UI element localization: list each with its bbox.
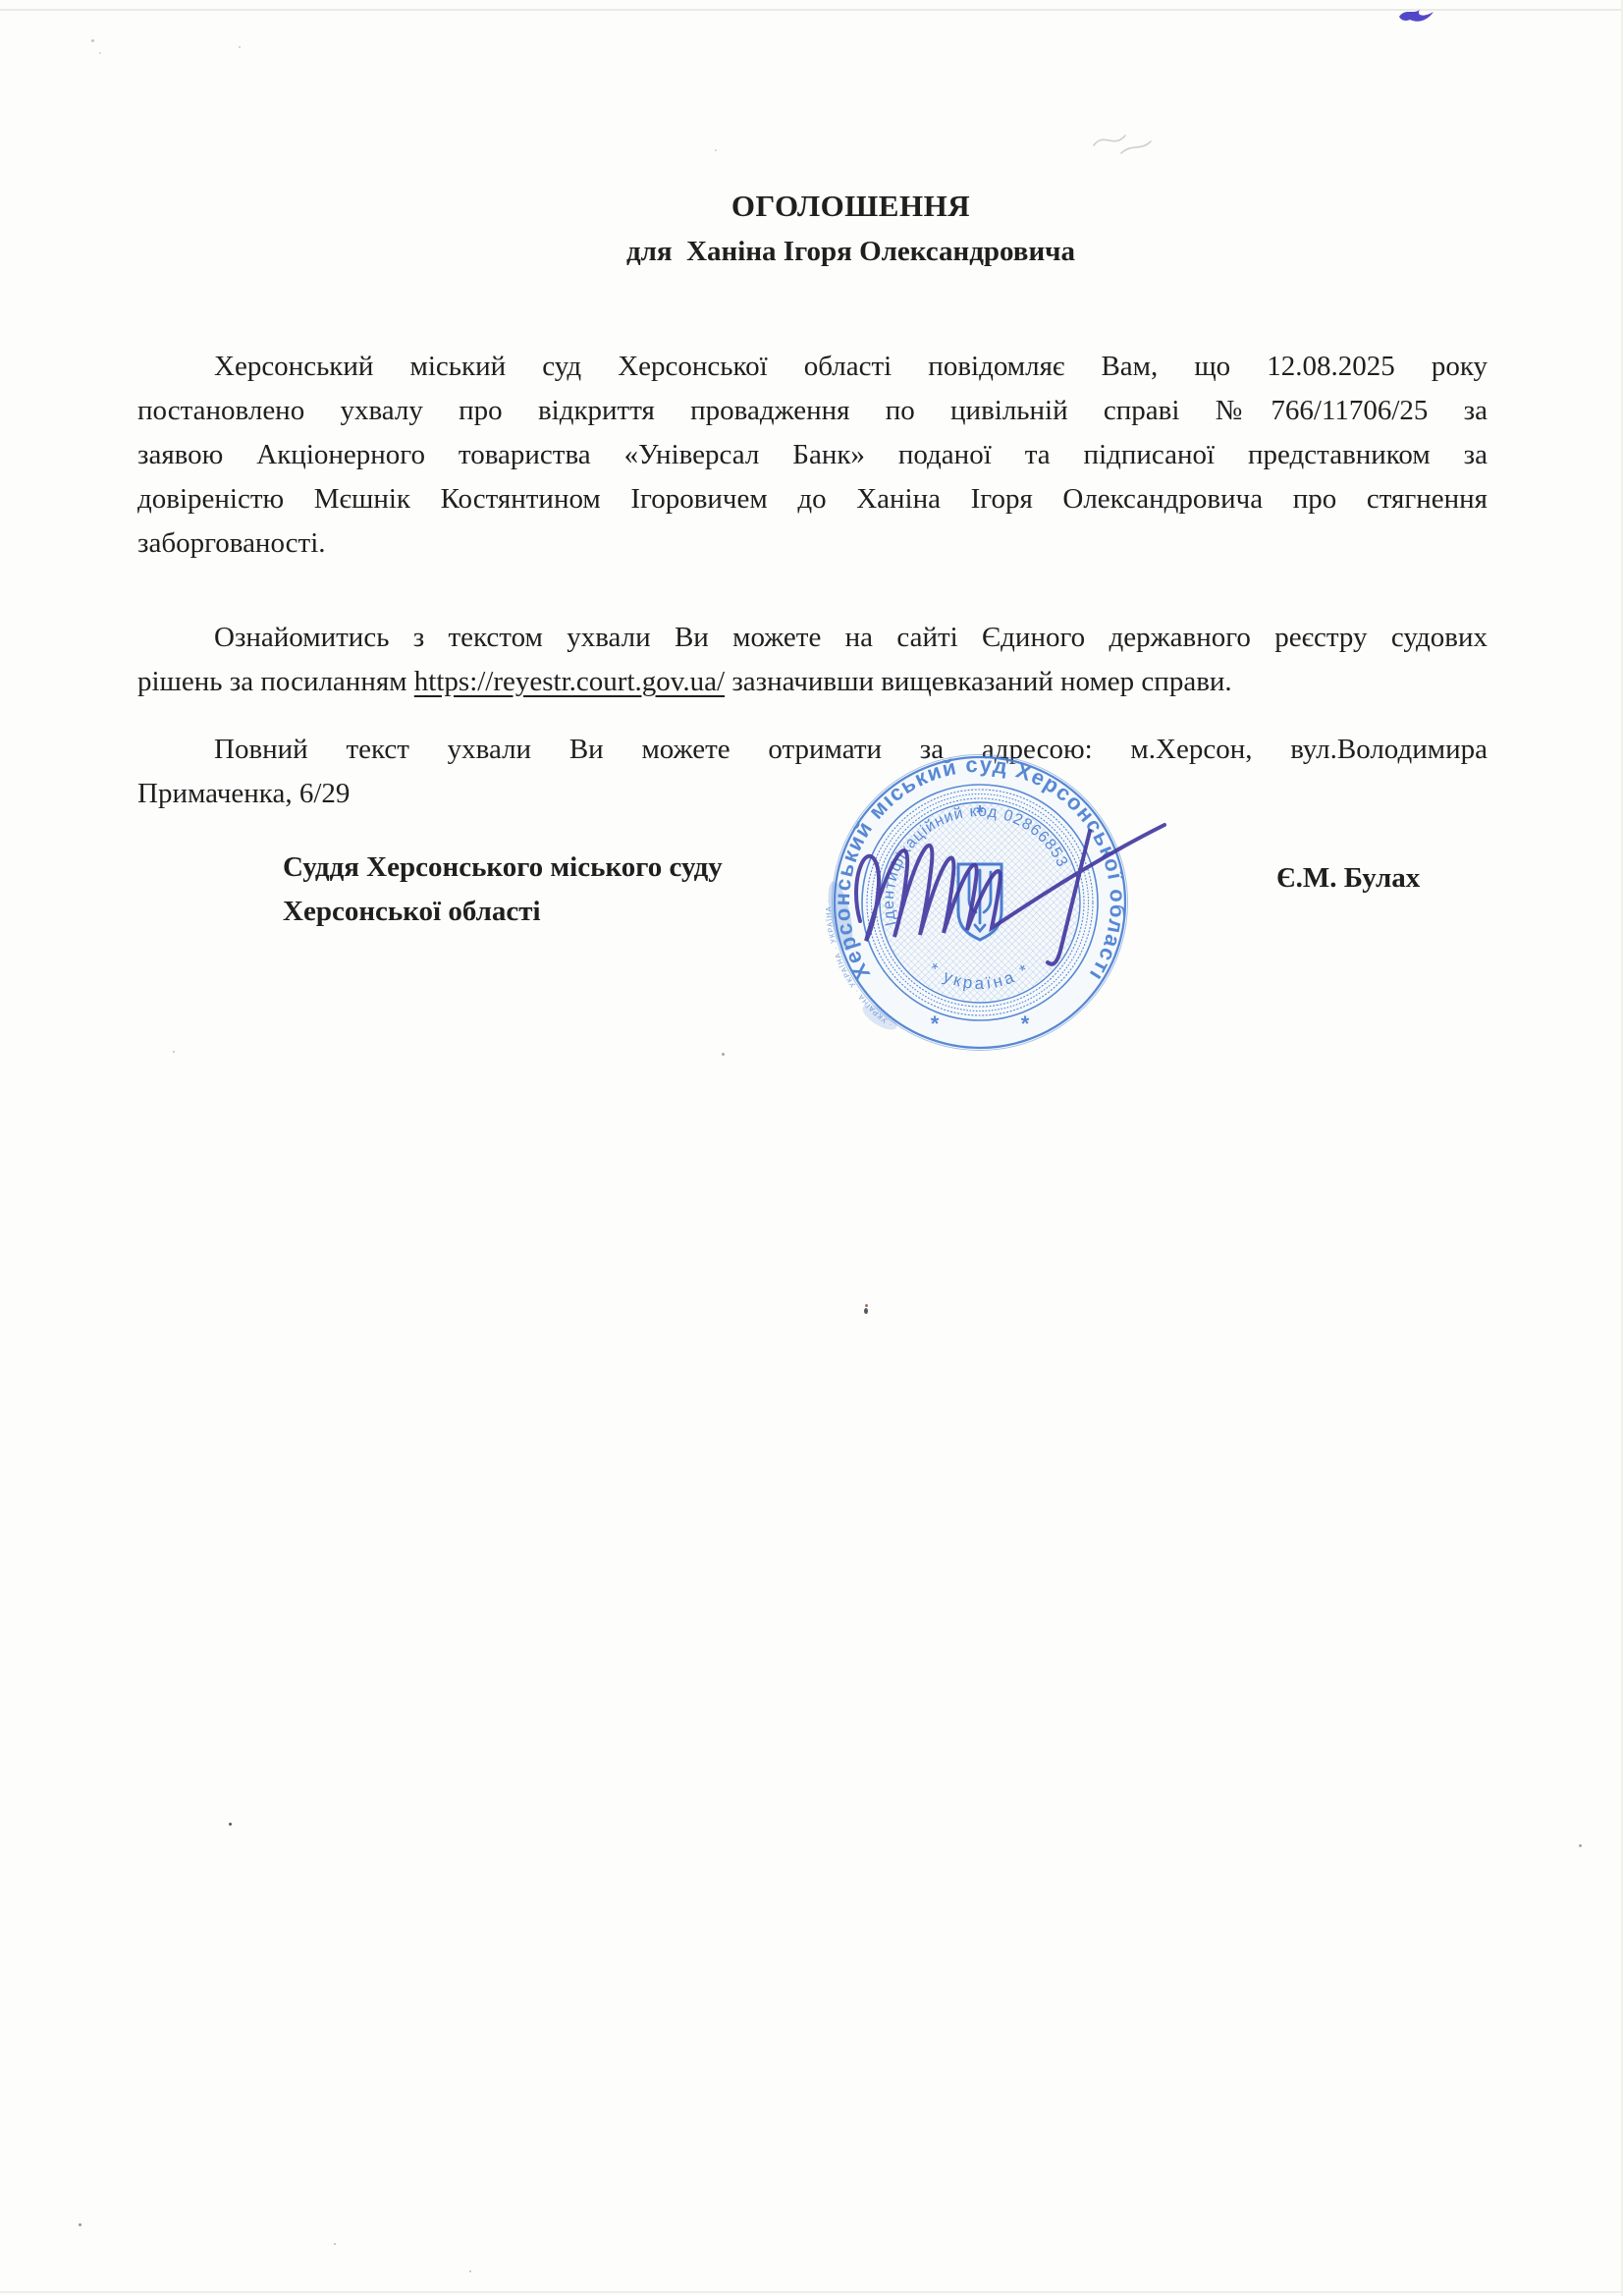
scan-speck — [79, 2223, 81, 2226]
body-line: постановлено ухвалу про відкриття провад… — [137, 389, 1488, 433]
judge-name: Є.М. Булах — [1276, 862, 1420, 895]
scan-edge-bottom — [0, 2291, 1623, 2293]
body-line: Херсонський міський суд Херсонської обла… — [137, 345, 1488, 389]
heading: ОГОЛОШЕННЯ для Ханіна Ігоря Олександрови… — [79, 187, 1623, 271]
seal-star: * — [931, 1011, 940, 1036]
scan-speck — [864, 1308, 868, 1314]
pen-squiggle-icon — [1396, 2, 1443, 27]
seal-star: * — [1021, 1011, 1030, 1036]
scan-speck — [173, 1051, 175, 1053]
line-prefix: рішень за посиланням — [137, 666, 414, 697]
paragraph-registry: Ознайомитись з текстом ухвали Ви можете … — [137, 616, 1488, 704]
scan-speck — [91, 39, 94, 42]
scan-speck — [229, 1823, 232, 1826]
court-seal: Херсонський міський суд Херсонської обла… — [776, 715, 1188, 1108]
scanned-court-announcement: ОГОЛОШЕННЯ для Ханіна Ігоря Олександрови… — [0, 0, 1623, 2296]
page-title: ОГОЛОШЕННЯ — [79, 187, 1623, 226]
body-line: рішень за посиланням https://reyestr.cou… — [137, 660, 1488, 704]
scan-speck — [1579, 1844, 1582, 1847]
scan-edge-top — [0, 9, 1623, 11]
body-line: заявою Акціонерного товариства «Універса… — [137, 433, 1488, 477]
body-line: Ознайомитись з текстом ухвали Ви можете … — [137, 616, 1488, 660]
scan-speck — [715, 149, 717, 151]
scan-speck — [239, 46, 241, 48]
scan-speck — [99, 52, 101, 54]
paragraph-notice: Херсонський міський суд Херсонської обла… — [137, 345, 1488, 566]
seal-star: * — [976, 802, 984, 824]
scan-speck — [865, 1304, 868, 1307]
reyestr-link: https://reyestr.court.gov.ua/ — [414, 666, 725, 697]
body-line: довіреністю Мєшнік Костянтином Ігоровиче… — [137, 477, 1488, 521]
scan-speck — [334, 2243, 336, 2245]
scan-speck — [469, 2270, 471, 2272]
line-suffix: зазначивши вищевказаний номер справи. — [725, 666, 1232, 697]
page-subtitle: для Ханіна Ігоря Олександровича — [79, 232, 1623, 271]
body-line: заборгованості. — [137, 521, 1488, 566]
pencil-marks — [1092, 124, 1155, 157]
scan-speck — [722, 1053, 725, 1056]
